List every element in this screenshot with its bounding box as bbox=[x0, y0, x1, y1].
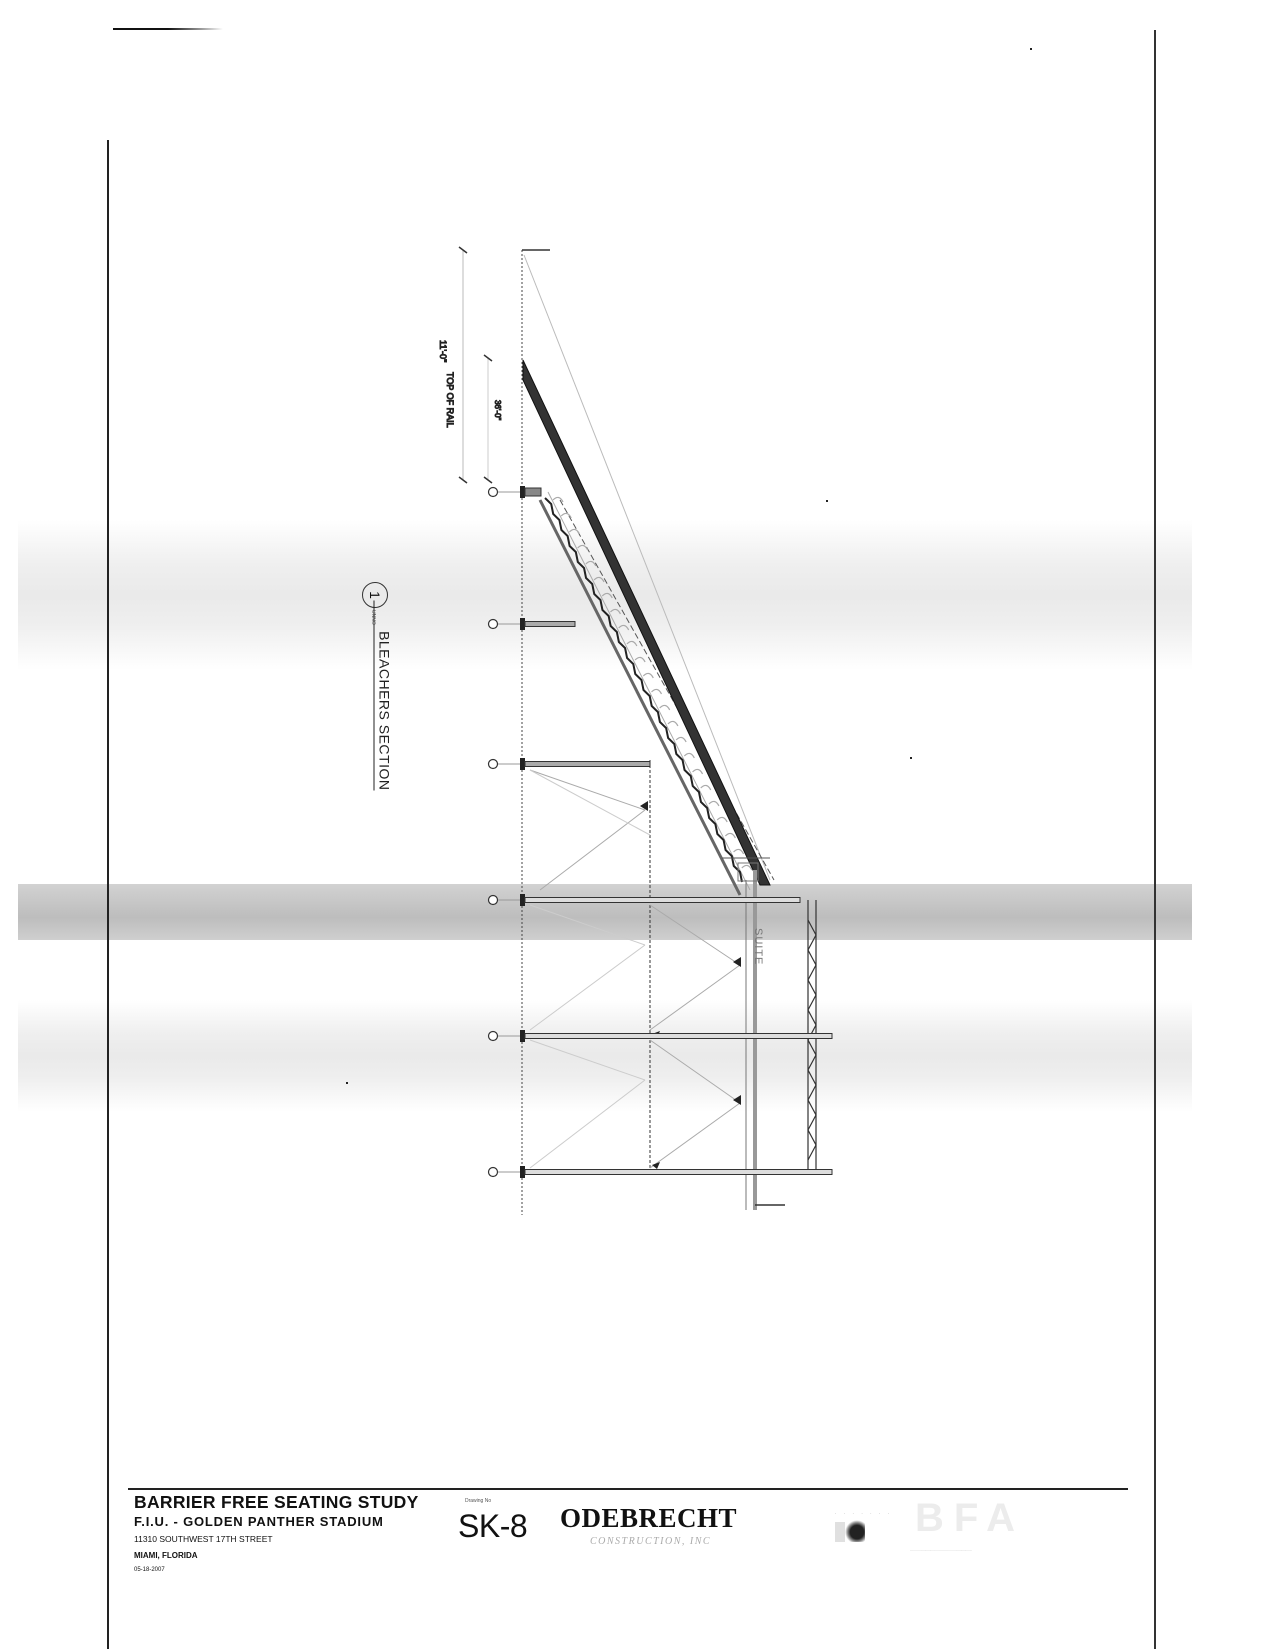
drawing-number: SK-8 bbox=[458, 1508, 527, 1545]
column-line bbox=[489, 618, 576, 630]
svg-text:TOP OF RAIL: TOP OF RAIL bbox=[445, 372, 455, 428]
svg-text:11'-0": 11'-0" bbox=[438, 340, 448, 362]
sightline-dashed bbox=[560, 500, 774, 880]
project-subtitle: F.I.U. - GOLDEN PANTHER STADIUM bbox=[134, 1514, 384, 1529]
room-label-suite: SUITE bbox=[752, 928, 764, 965]
column-grid bbox=[489, 486, 833, 1178]
column-line bbox=[489, 1030, 833, 1042]
drawing-date: 05-18-2007 bbox=[134, 1567, 165, 1573]
title-block-rule bbox=[128, 1488, 1128, 1490]
section-title: BLEACHERS SECTION bbox=[374, 601, 393, 791]
column-line bbox=[489, 486, 542, 498]
drawing-number-label: Drawing No bbox=[465, 1498, 491, 1504]
bleacher-stringer bbox=[540, 500, 740, 895]
section-label: 1 UNNO BLEACHERS SECTION bbox=[360, 582, 400, 792]
consultant-mark-icon bbox=[845, 1520, 865, 1542]
company-logo-text: ODEBRECHT bbox=[560, 1503, 737, 1534]
company-subtitle: CONSTRUCTION, INC bbox=[590, 1536, 711, 1547]
svg-text:36'-0": 36'-0" bbox=[493, 400, 502, 421]
bleachers-section-drawing: 11'-0" TOP OF RAIL 36'-0" bbox=[0, 0, 1275, 1649]
consultant-fine-print: ........................................… bbox=[910, 1548, 1085, 1553]
column-line bbox=[489, 758, 651, 770]
project-city: MIAMI, FLORIDA bbox=[134, 1551, 198, 1560]
consultant-logo: BFA bbox=[915, 1496, 1025, 1541]
project-address: 11310 SOUTHWEST 17TH STREET bbox=[134, 1534, 273, 1544]
column-line bbox=[489, 1166, 833, 1178]
consultant-mark-icon-light bbox=[835, 1522, 845, 1542]
consultant-dots: . . . . . . . bbox=[835, 1510, 892, 1516]
project-title: BARRIER FREE SEATING STUDY bbox=[134, 1492, 419, 1513]
